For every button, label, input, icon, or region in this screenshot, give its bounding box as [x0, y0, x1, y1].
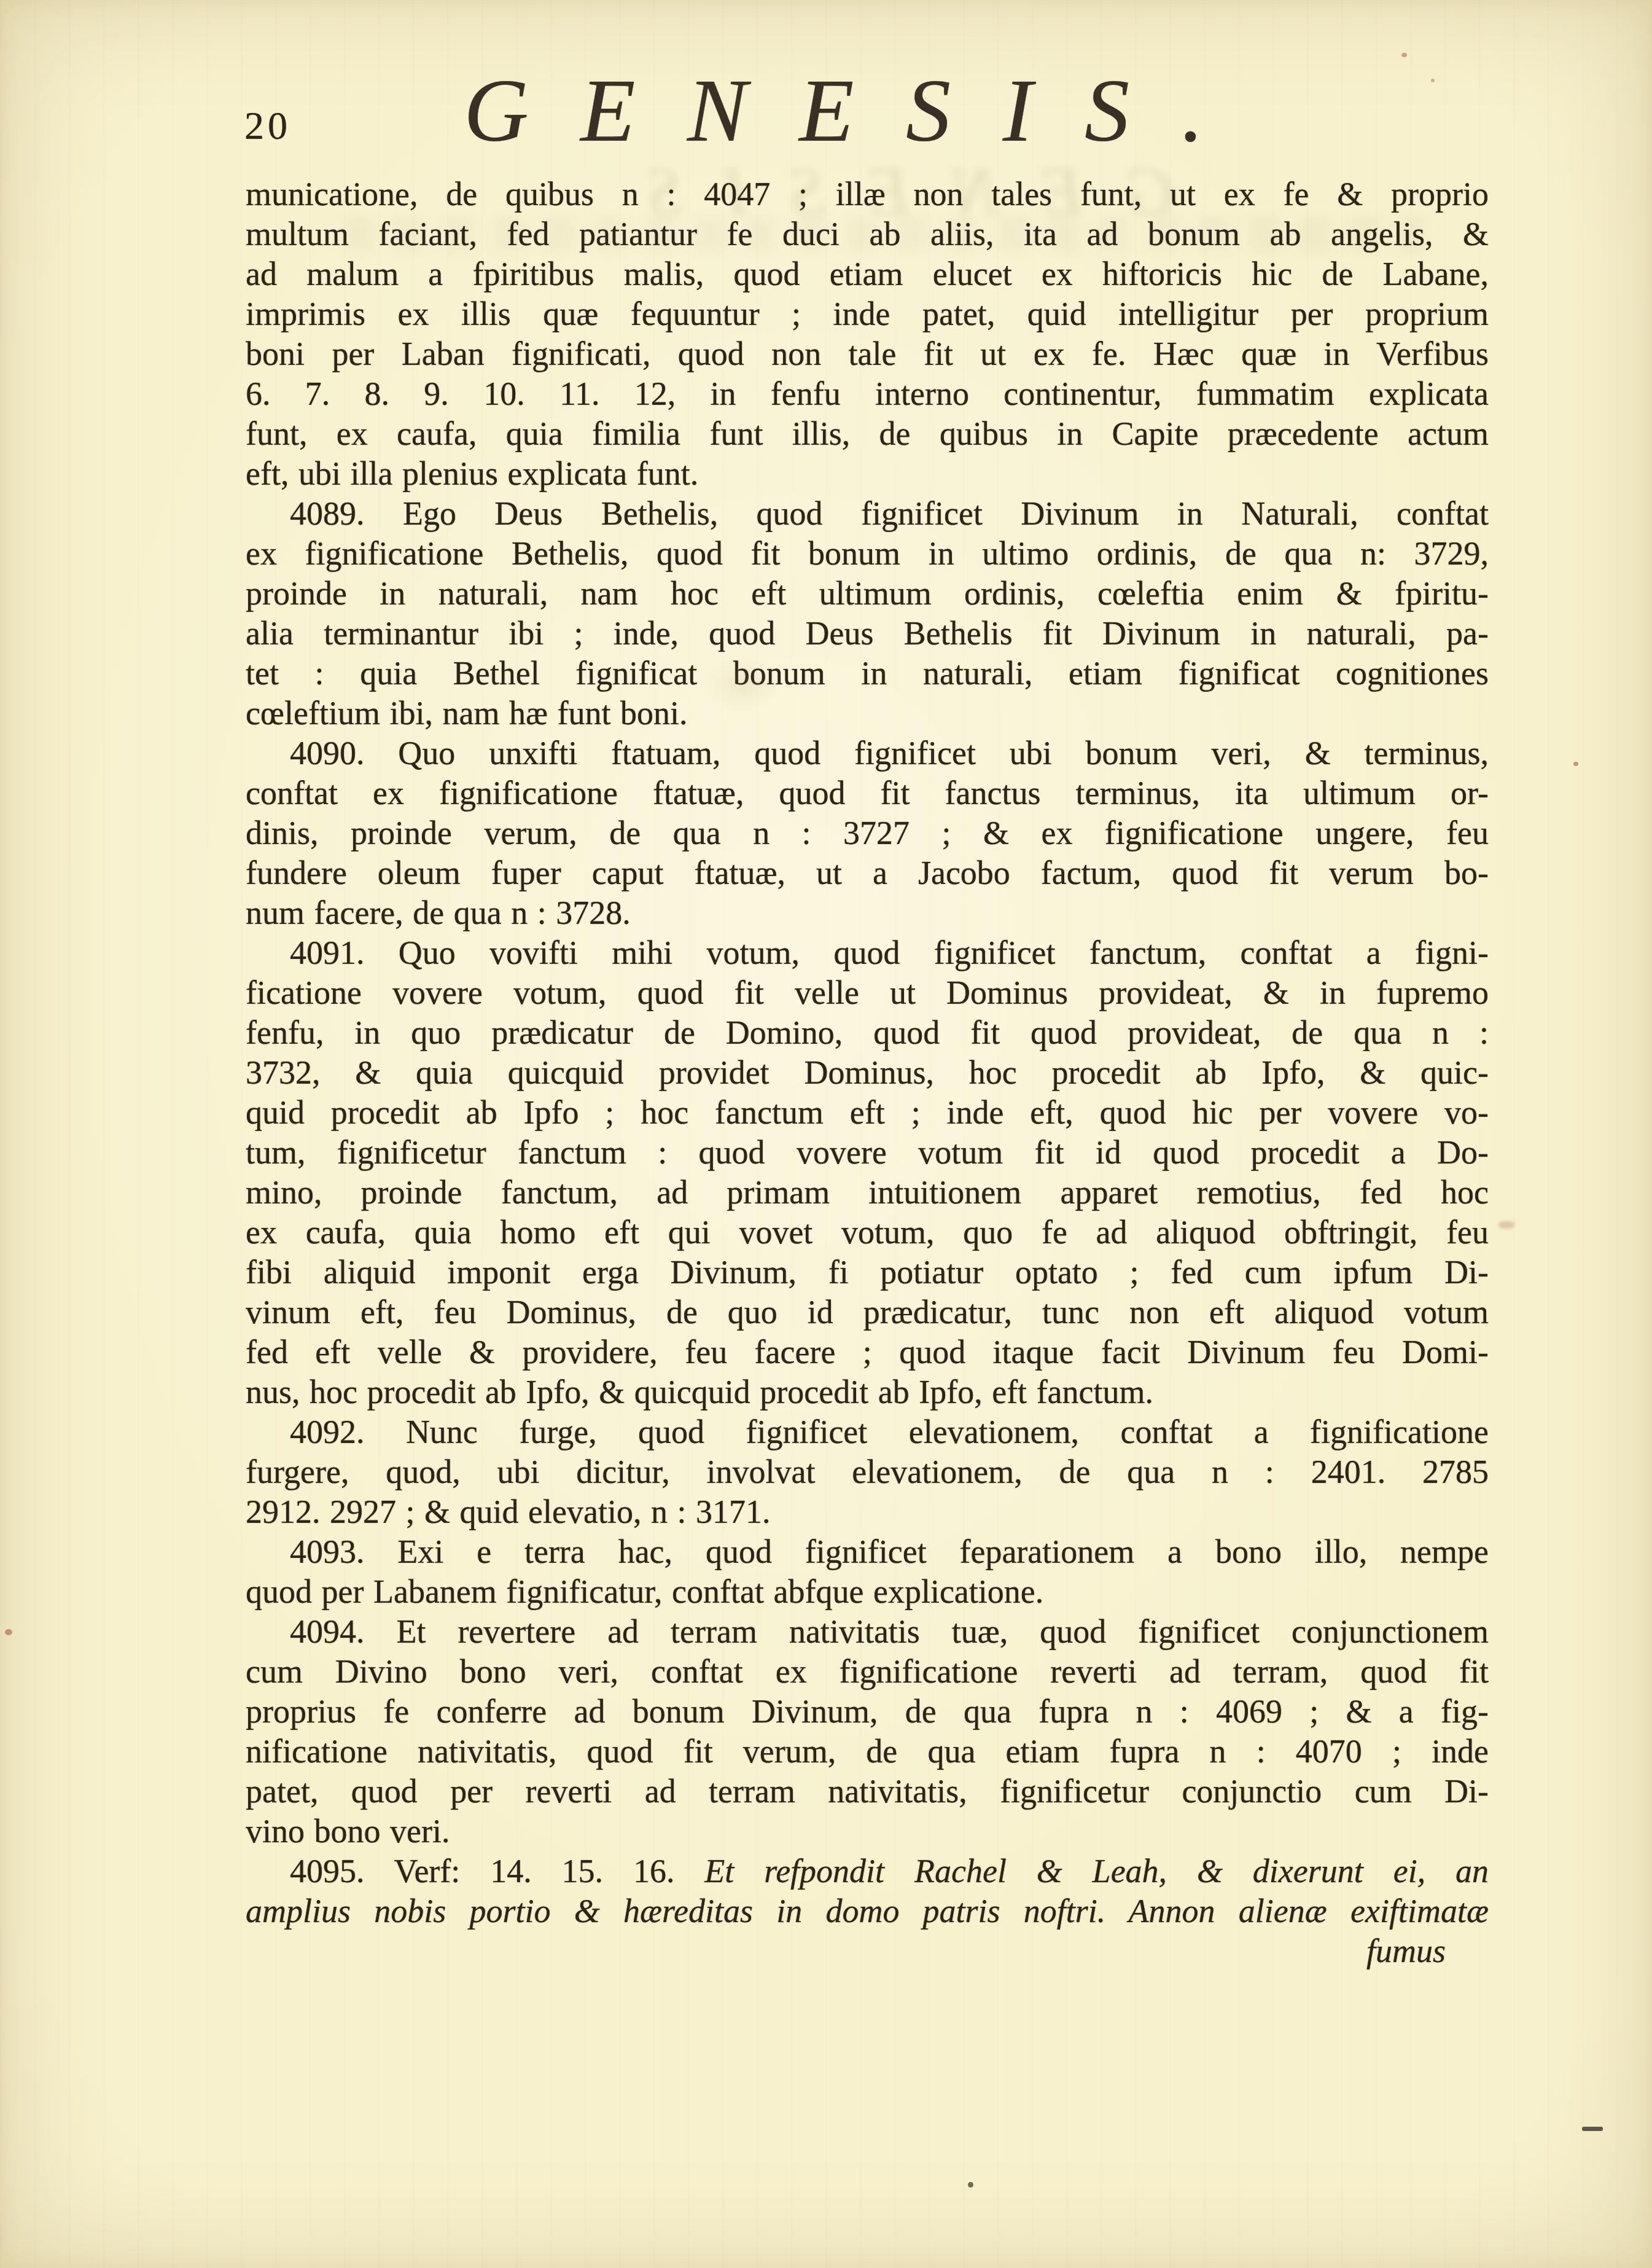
text-line: fibi aliquid imponit erga Divinum, fi po… [246, 1253, 1489, 1292]
text-segment: fed eft velle & providere, feu facere ; … [246, 1334, 1489, 1371]
text-segment: 4092. Nunc furge, quod fignificet elevat… [290, 1414, 1489, 1450]
text-line: 2912. 2927 ; & quid elevatio, n : 3171. [246, 1492, 1489, 1532]
text-segment: eft, ubi illa plenius explicata funt. [246, 455, 698, 492]
catchword: fumus [246, 1931, 1489, 1971]
text-line: 6. 7. 8. 9. 10. 11. 12, in fenfu interno… [246, 374, 1489, 414]
text-segment: num facere, de qua n : 3728. [246, 894, 631, 931]
text-segment: proprius fe conferre ad bonum Divinum, d… [246, 1693, 1489, 1730]
text-line: 4091. Quo vovifti mihi votum, quod figni… [246, 933, 1489, 973]
ink-dash-mark [1582, 2127, 1603, 2131]
text-segment: cœleftium ibi, nam hæ funt boni. [246, 695, 687, 732]
text-line: eft, ubi illa plenius explicata funt. [246, 454, 1489, 494]
text-block: municatione, de quibus n : 4047 ; illæ n… [246, 174, 1489, 1971]
text-segment: 3732, & quia quicquid providet Dominus, … [246, 1054, 1489, 1091]
text-line: tum, fignificetur fanctum : quod vovere … [246, 1133, 1489, 1173]
text-line: fenfu, in quo prædicatur de Domino, quod… [246, 1013, 1489, 1053]
text-line: boni per Laban fignificati, quod non tal… [246, 334, 1489, 374]
text-segment: 4091. Quo vovifti mihi votum, quod figni… [290, 934, 1489, 971]
text-line: 4095. Verf: 14. 15. 16. Et refpondit Rac… [246, 1852, 1489, 1891]
text-segment: vinum eft, feu Dominus, de quo id prædic… [246, 1294, 1489, 1331]
text-line: 4092. Nunc furge, quod fignificet elevat… [246, 1412, 1489, 1452]
text-segment: mino, proinde fanctum, ad primam intuiti… [246, 1174, 1489, 1211]
text-line: imprimis ex illis quæ fequuntur ; inde p… [246, 294, 1489, 334]
text-line: nificatione nativitatis, quod fit verum,… [246, 1732, 1489, 1772]
text-segment: quod per Labanem fignificatur, conftat a… [246, 1573, 1043, 1610]
text-segment: dinis, proinde verum, de qua n : 3727 ; … [246, 815, 1489, 851]
text-segment: ex fignificatione Bethelis, quod fit bon… [246, 535, 1489, 572]
text-segment: 4089. Ego Deus Bethelis, quod fignificet… [290, 495, 1489, 532]
text-line: ex fignificatione Bethelis, quod fit bon… [246, 534, 1489, 574]
text-line: 4089. Ego Deus Bethelis, quod fignificet… [246, 494, 1489, 534]
text-line: fed eft velle & providere, feu facere ; … [246, 1332, 1489, 1372]
paper-speck [1401, 53, 1407, 57]
text-segment: furgere, quod, ubi dicitur, involvat ele… [246, 1453, 1489, 1490]
text-segment: 4095. Verf: 14. 15. 16. [290, 1853, 704, 1890]
text-line: ficatione vovere votum, quod fit velle u… [246, 973, 1489, 1013]
text-segment: ad malum a fpiritibus malis, quod etiam … [246, 256, 1489, 292]
paper-speck [1431, 79, 1435, 82]
text-segment: multum faciant, fed patiantur fe duci ab… [246, 216, 1489, 252]
text-segment: ficatione vovere votum, quod fit velle u… [246, 974, 1489, 1011]
text-line: furgere, quod, ubi dicitur, involvat ele… [246, 1452, 1489, 1492]
text-line: multum faciant, fed patiantur fe duci ab… [246, 214, 1489, 254]
ink-dot-mark [968, 2182, 973, 2188]
text-line: 4094. Et revertere ad terram nativitatis… [246, 1612, 1489, 1652]
text-segment: 6. 7. 8. 9. 10. 11. 12, in fenfu interno… [246, 375, 1489, 412]
text-segment: vino bono veri. [246, 1813, 450, 1850]
text-segment: quid procedit ab Ipfo ; hoc fanctum eft … [246, 1094, 1489, 1131]
text-line: cum Divino bono veri, conftat ex fignifi… [246, 1652, 1489, 1692]
text-line: funt, ex caufa, quia fimilia funt illis,… [246, 414, 1489, 454]
text-segment: alia terminantur ibi ; inde, quod Deus B… [246, 615, 1489, 652]
paper-speck [1573, 762, 1578, 766]
text-line: vinum eft, feu Dominus, de quo id prædic… [246, 1292, 1489, 1332]
text-segment: 4094. Et revertere ad terram nativitatis… [290, 1613, 1489, 1650]
text-segment: tum, fignificetur fanctum : quod vovere … [246, 1134, 1489, 1171]
text-segment: imprimis ex illis quæ fequuntur ; inde p… [246, 295, 1489, 332]
text-line: 3732, & quia quicquid providet Dominus, … [246, 1053, 1489, 1093]
paper-speck [1498, 1221, 1514, 1229]
text-segment: ex caufa, quia homo eft qui vovet votum,… [246, 1214, 1489, 1251]
paper-stain [706, 656, 780, 711]
book-page-scan: 20 GENESIS. GENESIS municatione, de quib… [0, 0, 1652, 2268]
text-line: 4093. Exi e terra hac, quod fignificet f… [246, 1532, 1489, 1572]
text-line: nus, hoc procedit ab Ipfo, & quicquid pr… [246, 1372, 1489, 1412]
text-segment: fundere oleum fuper caput ftatuæ, ut a J… [246, 854, 1489, 891]
text-segment: nificatione nativitatis, quod fit verum,… [246, 1733, 1489, 1770]
text-line: num facere, de qua n : 3728. [246, 893, 1489, 933]
text-line: municatione, de quibus n : 4047 ; illæ n… [246, 174, 1489, 214]
text-segment: 4093. Exi e terra hac, quod fignificet f… [290, 1533, 1489, 1570]
text-line: patet, quod per reverti ad terram nativi… [246, 1772, 1489, 1812]
text-line: ex caufa, quia homo eft qui vovet votum,… [246, 1213, 1489, 1253]
text-segment: 2912. 2927 ; & quid elevatio, n : 3171. [246, 1493, 770, 1530]
text-segment: fenfu, in quo prædicatur de Domino, quod… [246, 1014, 1489, 1051]
text-line: proprius fe conferre ad bonum Divinum, d… [246, 1692, 1489, 1732]
text-segment: municatione, de quibus n : 4047 ; illæ n… [246, 176, 1489, 213]
text-line: quod per Labanem fignificatur, conftat a… [246, 1572, 1489, 1612]
text-segment: tet : quia Bethel fignificat bonum in na… [246, 655, 1489, 692]
text-line: fundere oleum fuper caput ftatuæ, ut a J… [246, 853, 1489, 893]
text-line: quid procedit ab Ipfo ; hoc fanctum eft … [246, 1093, 1489, 1133]
text-line: dinis, proinde verum, de qua n : 3727 ; … [246, 813, 1489, 853]
text-line: tet : quia Bethel fignificat bonum in na… [246, 654, 1489, 694]
text-line: conftat ex fignificatione ftatuæ, quod f… [246, 773, 1489, 813]
text-line: proinde in naturali, nam hoc eft ultimum… [246, 574, 1489, 614]
text-segment: nus, hoc procedit ab Ipfo, & quicquid pr… [246, 1374, 1153, 1410]
text-line: ad malum a fpiritibus malis, quod etiam … [246, 254, 1489, 294]
text-line: vino bono veri. [246, 1812, 1489, 1852]
text-line: 4090. Quo unxifti ftatuam, quod fignific… [246, 733, 1489, 773]
text-line: amplius nobis portio & hæreditas in domo… [246, 1891, 1489, 1931]
text-line: alia terminantur ibi ; inde, quod Deus B… [246, 614, 1489, 654]
scripture-quote-segment: amplius nobis portio & hæreditas in domo… [246, 1893, 1489, 1930]
paper-speck [5, 1629, 12, 1635]
text-segment: 4090. Quo unxifti ftatuam, quod fignific… [290, 735, 1489, 772]
text-segment: boni per Laban fignificati, quod non tal… [246, 335, 1489, 372]
text-line: mino, proinde fanctum, ad primam intuiti… [246, 1173, 1489, 1213]
text-segment: proinde in naturali, nam hoc eft ultimum… [246, 575, 1489, 612]
text-line: cœleftium ibi, nam hæ funt boni. [246, 694, 1489, 733]
text-segment: funt, ex caufa, quia fimilia funt illis,… [246, 415, 1489, 452]
text-segment: conftat ex fignificatione ftatuæ, quod f… [246, 775, 1489, 811]
text-segment: patet, quod per reverti ad terram nativi… [246, 1773, 1489, 1810]
text-segment: cum Divino bono veri, conftat ex fignifi… [246, 1653, 1489, 1690]
scripture-quote-segment: Et refpondit Rachel & Leah, & dixerunt e… [704, 1853, 1489, 1890]
page-number: 20 [244, 103, 291, 149]
text-segment: fibi aliquid imponit erga Divinum, fi po… [246, 1254, 1489, 1291]
running-title: GENESIS. [289, 59, 1431, 162]
